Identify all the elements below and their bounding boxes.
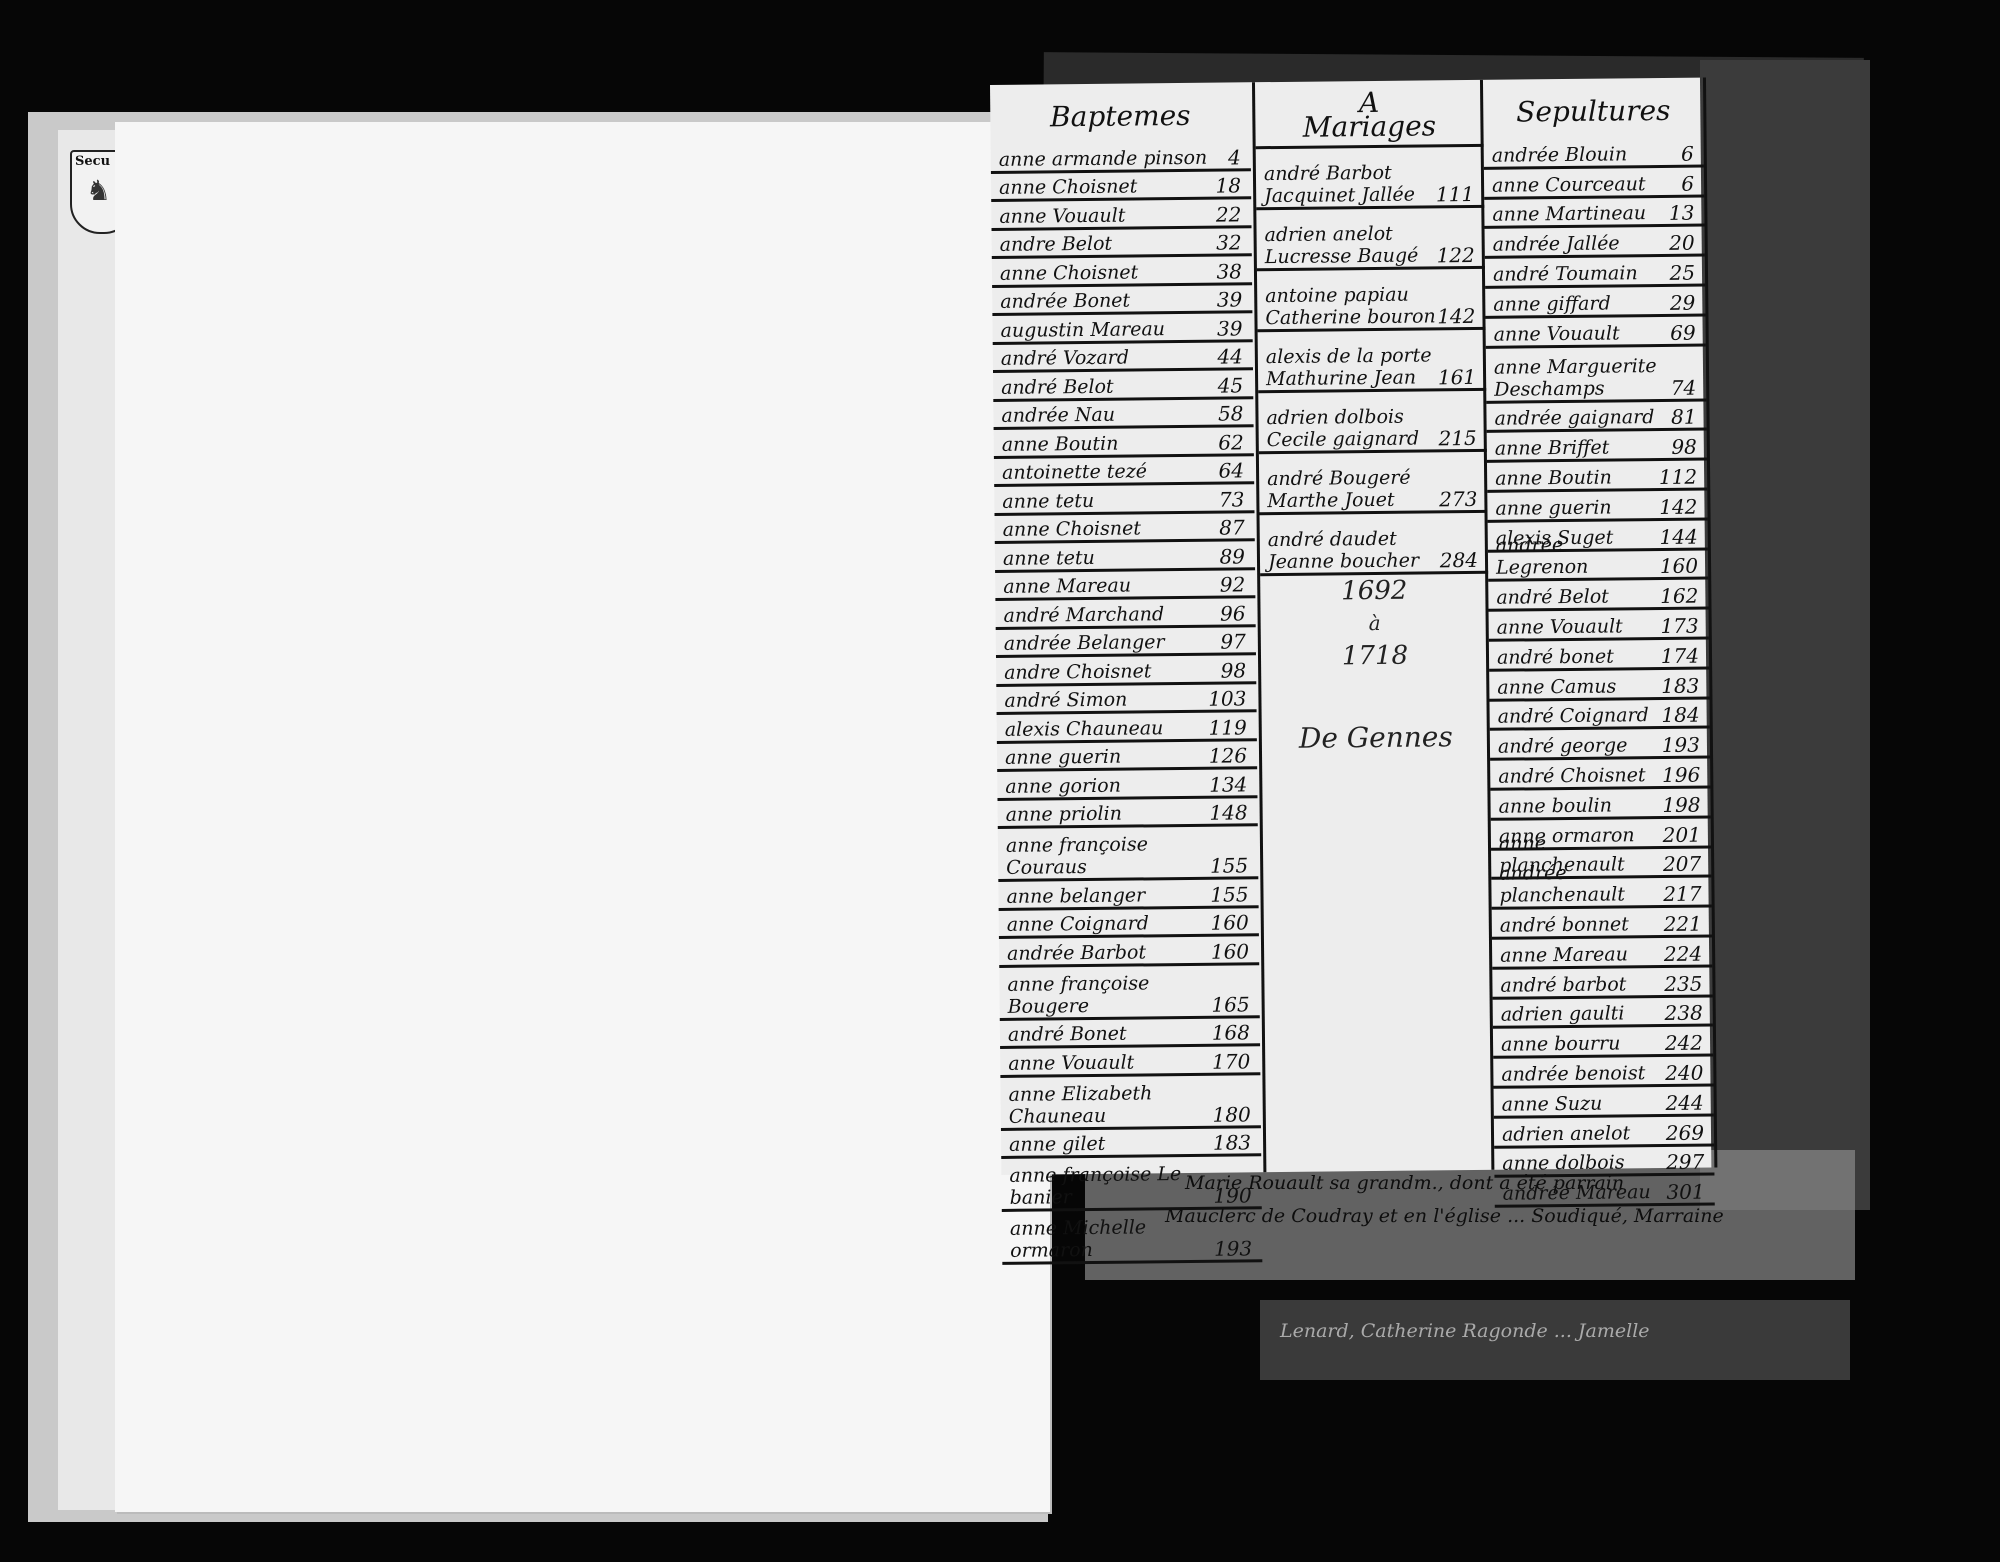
entry-name: andrée benoist [1501, 1062, 1645, 1086]
register-entry: anne françoise Bougere165 [999, 965, 1260, 1021]
entry-page-number: 134 [1209, 773, 1247, 795]
entry-page-number: 168 [1212, 1021, 1250, 1043]
entry-name: anne gilet [1009, 1133, 1106, 1156]
entry-page-number: 244 [1665, 1091, 1703, 1113]
entry-name: andrée Belanger [1004, 631, 1165, 655]
register-entry: andrée Bonet39 [992, 285, 1252, 316]
entry-page-number: 64 [1218, 459, 1244, 481]
entry-name: anne Coignard [1007, 912, 1149, 935]
register-entry: anne Martineau13 [1484, 197, 1704, 229]
entry-page-number: 242 [1665, 1032, 1703, 1054]
register-entry: anne Boutin112 [1487, 461, 1707, 493]
entry-page-number: 38 [1216, 260, 1242, 282]
groom-name: andré Bougeré [1267, 467, 1411, 491]
entry-name: andré Vozard [1001, 347, 1129, 370]
register-entry: andrée Mareau301 [1494, 1176, 1714, 1208]
entry-name: andrée Blouin [1492, 143, 1628, 166]
entry-name: anne boulin [1498, 794, 1612, 817]
entry-page-number: 207 [1663, 853, 1701, 875]
signature: De Gennes [1262, 720, 1490, 755]
entry-page-number: 160 [1660, 555, 1698, 577]
entry-name: anne Vouault [999, 204, 1125, 227]
register-entry: anne tetu89 [995, 541, 1255, 572]
register-entry: anne bourru242 [1493, 1027, 1713, 1059]
entry-name: andre Belot [1000, 233, 1113, 256]
mariages-list: andré BarbotJacquinet Jallée111adrien an… [1256, 144, 1488, 576]
register-entry: anne Camus183 [1489, 669, 1709, 701]
entry-page-number: 98 [1221, 659, 1247, 681]
entry-page-number: 160 [1211, 940, 1249, 962]
entry-page-number: 161 [1438, 366, 1476, 388]
entry-name: anne françoise Couraus [1006, 833, 1210, 879]
register-entry: anne françoise Couraus155 [998, 826, 1259, 882]
entry-page-number: 122 [1437, 244, 1475, 266]
entry-name: anne Mareau [1500, 943, 1628, 966]
register-entry: anne françoise Le banier190 [1001, 1156, 1262, 1212]
register-entry: andrée Jallée20 [1485, 227, 1705, 259]
entry-page-number: 144 [1659, 525, 1697, 547]
register-entry: andré bonet174 [1489, 639, 1709, 671]
register-entry: andré barbot235 [1492, 967, 1712, 999]
entry-page-number: 224 [1664, 942, 1702, 964]
entry-page-number: 4 [1228, 146, 1241, 168]
register-entry: anne Suzu244 [1494, 1086, 1714, 1118]
entry-page-number: 301 [1666, 1181, 1704, 1203]
entry-page-number: 165 [1211, 993, 1249, 1015]
entry-page-number: 190 [1213, 1184, 1251, 1206]
register-entry: andrée Legrenon160 [1488, 550, 1708, 582]
entry-name: anne Marguerite Deschamps [1494, 354, 1671, 400]
register-entry: anne Choisnet87 [995, 513, 1255, 544]
baptemes-title: Baptemes [990, 98, 1250, 145]
groom-name: adrien anelot [1264, 223, 1418, 247]
entry-page-number: 221 [1664, 913, 1702, 935]
register-entry: andré Belot45 [993, 370, 1253, 401]
entry-name: adrien dolboisCecile gaignard [1266, 406, 1419, 452]
entry-name: andré daudetJeanne boucher [1268, 528, 1419, 574]
entry-name: adrien anelot [1502, 1122, 1630, 1145]
entry-name: adrien anelotLucresse Baugé [1264, 223, 1418, 269]
entry-page-number: 162 [1660, 585, 1698, 607]
entry-page-number: 215 [1438, 427, 1476, 449]
entry-page-number: 180 [1212, 1103, 1250, 1125]
register-entry: andrée Nau58 [993, 399, 1253, 430]
register-entry: andrée planchenault217 [1491, 878, 1711, 910]
entry-page-number: 25 [1669, 262, 1695, 284]
underlying-page-lower: Lenard, Catherine Ragonde ... Jamelle [1260, 1300, 1850, 1380]
entry-name: anne Michelle ormaron [1010, 1216, 1214, 1262]
entry-page-number: 69 [1670, 321, 1696, 343]
entry-name: andré BougeréMarthe Jouet [1267, 467, 1411, 512]
entry-page-number: 97 [1220, 630, 1246, 652]
entry-page-number: 32 [1216, 231, 1242, 253]
entry-name: anne Mareau [1003, 575, 1131, 598]
entry-name: augustin Mareau [1000, 318, 1165, 342]
entry-name: anne Briffet [1495, 437, 1610, 460]
entry-page-number: 29 [1670, 291, 1696, 313]
entry-name: alexis Chauneau [1005, 717, 1164, 741]
register-entry: augustin Mareau39 [992, 313, 1252, 344]
year-separator: à [1261, 610, 1489, 636]
entry-page-number: 58 [1218, 402, 1244, 424]
entry-page-number: 297 [1666, 1151, 1704, 1173]
year-from: 1692 [1260, 575, 1488, 607]
entry-name: anne Choisnet [999, 175, 1137, 198]
entry-page-number: 142 [1437, 305, 1475, 327]
entry-name: andrée Jallée [1493, 233, 1620, 256]
register-entry: anne Vouault69 [1485, 316, 1705, 348]
entry-name: anne Vouault [1497, 615, 1623, 638]
entry-name: andré Belot [1001, 375, 1114, 398]
entry-name: andrée Nau [1001, 404, 1115, 427]
register-entry: andré daudetJeanne boucher284 [1260, 513, 1489, 576]
register-entry: adrien anelotLucresse Baugé122 [1256, 208, 1485, 271]
entry-page-number: 44 [1217, 345, 1243, 367]
entry-name: andrée Mareau [1503, 1181, 1651, 1205]
entry-page-number: 240 [1665, 1061, 1703, 1083]
register-entry: andré Choisnet196 [1490, 759, 1710, 791]
register-entry: andré Marchand96 [995, 598, 1255, 629]
groom-name: adrien dolbois [1266, 406, 1419, 430]
entry-name: andré Marchand [1003, 603, 1164, 627]
entry-name: andré bonet [1497, 645, 1614, 668]
bride-name: Catherine bouron [1265, 305, 1435, 329]
entry-page-number: 126 [1209, 744, 1247, 766]
register-entry: andré bonnet221 [1492, 908, 1712, 940]
heraldic-lion-icon: ♞ [86, 174, 111, 207]
register-entry: andré george193 [1490, 729, 1710, 761]
register-entry: adrien anelot269 [1494, 1116, 1714, 1148]
entry-name: anne giffard [1493, 292, 1611, 315]
sepultures-column: Sepultures andrée Blouin6anne Courceaut6… [1480, 78, 1717, 1170]
entry-name: anne Elizabeth Chauneau [1008, 1081, 1212, 1127]
entry-name: anne Boutin [1495, 466, 1612, 489]
entry-name: andre Choisnet [1004, 660, 1151, 684]
entry-page-number: 155 [1210, 883, 1248, 905]
register-entry: andrée Blouin6 [1484, 138, 1704, 170]
entry-name: andrée planchenault [1499, 861, 1663, 907]
entry-page-number: 39 [1217, 317, 1243, 339]
entry-name: anne tetu [1003, 546, 1095, 569]
entry-page-number: 148 [1209, 801, 1247, 823]
entry-page-number: 6 [1681, 142, 1694, 164]
entry-name: andré Belot [1496, 586, 1609, 609]
register-entry: andrée benoist240 [1493, 1057, 1713, 1089]
register-entry: anne Vouault173 [1489, 610, 1709, 642]
groom-name: andré daudet [1268, 528, 1419, 552]
entry-name: anne priolin [1006, 803, 1122, 826]
entry-name: anne belanger [1006, 884, 1145, 907]
sepultures-title: Sepultures [1483, 94, 1703, 140]
bride-name: Mathurine Jean [1266, 366, 1432, 390]
register-entry: anne Vouault170 [1000, 1046, 1260, 1077]
register-entry: anne dolbois297 [1494, 1146, 1714, 1178]
bride-name: Jacquinet Jallée [1264, 184, 1415, 208]
register-entry: anne Marguerite Deschamps74 [1486, 346, 1707, 403]
entry-name: adrien gaulti [1501, 1003, 1625, 1026]
entry-name: andré bonnet [1500, 913, 1629, 936]
entry-name: antoine papiauCatherine bouron [1265, 283, 1436, 329]
entry-name: anne Suzu [1502, 1092, 1603, 1115]
entry-page-number: 119 [1208, 716, 1246, 738]
entry-page-number: 96 [1220, 602, 1246, 624]
entry-page-number: 92 [1220, 573, 1246, 595]
mariages-column: A Mariages andré BarbotJacquinet Jallée1… [1252, 80, 1494, 1172]
entry-page-number: 6 [1681, 172, 1694, 194]
entry-page-number: 112 [1659, 466, 1697, 488]
register-entry: anne Choisnet38 [992, 256, 1252, 287]
entry-page-number: 273 [1439, 488, 1477, 510]
entry-name: andré Toumain [1493, 262, 1638, 286]
entry-name: andrée gaignard [1494, 406, 1654, 430]
register-entry: anne Michelle ormaron193 [1002, 1209, 1263, 1265]
register-entry: anne Elizabeth Chauneau180 [1000, 1075, 1261, 1131]
entry-name: anne tetu [1002, 489, 1094, 512]
register-entry: andré Simon103 [996, 684, 1256, 715]
entry-name: anne Camus [1497, 675, 1616, 698]
entry-page-number: 103 [1208, 687, 1246, 709]
register-entry: anne Coignard160 [999, 908, 1259, 939]
entry-page-number: 20 [1669, 232, 1695, 254]
register-entry: andré Belot162 [1488, 580, 1708, 612]
bride-name: Cecile gaignard [1267, 428, 1420, 452]
register-entry: anne Mareau224 [1492, 937, 1712, 969]
entry-page-number: 73 [1219, 488, 1245, 510]
entry-page-number: 269 [1666, 1121, 1704, 1143]
entry-name: anne gorion [1005, 774, 1121, 797]
entry-name: anne françoise Bougere [1007, 971, 1211, 1017]
register-entry: andrée Belanger97 [996, 627, 1256, 658]
register-entry: anne tetu73 [994, 484, 1254, 515]
bride-name: Marthe Jouet [1267, 489, 1411, 513]
register-entry: adrien gaulti238 [1493, 997, 1713, 1029]
underlying-text-line3: Lenard, Catherine Ragonde ... Jamelle [1280, 1320, 1650, 1342]
register-entry: anne Courceaut6 [1484, 167, 1704, 199]
entry-page-number: 193 [1214, 1237, 1252, 1259]
register-entry: andre Belot32 [992, 228, 1252, 259]
stamp-text: Secu [75, 154, 110, 169]
entry-page-number: 160 [1210, 911, 1248, 933]
entry-page-number: 201 [1663, 823, 1701, 845]
bride-name: Lucresse Baugé [1265, 245, 1419, 269]
entry-page-number: 89 [1219, 545, 1245, 567]
register-entry: andré Coignard184 [1489, 699, 1709, 731]
groom-name: alexis de la porte [1266, 344, 1432, 368]
register-entry: anne gilet183 [1001, 1128, 1261, 1159]
register-entry: alexis de la porteMathurine Jean161 [1258, 330, 1487, 393]
register-entry: anne giffard29 [1485, 287, 1705, 319]
register-entry: antoinette tezé64 [994, 456, 1254, 487]
entry-page-number: 170 [1212, 1050, 1250, 1072]
mariages-header: A Mariages [1255, 90, 1483, 140]
entry-page-number: 155 [1210, 854, 1248, 876]
entry-name: andré Choisnet [1498, 764, 1645, 788]
entry-name: anne Choisnet [1000, 261, 1138, 284]
entry-page-number: 98 [1671, 436, 1697, 458]
entry-name: anne Courceaut [1492, 173, 1646, 197]
entry-page-number: 198 [1662, 793, 1700, 815]
entry-page-number: 217 [1663, 883, 1701, 905]
entry-name: andré george [1498, 735, 1628, 758]
register-entry: alexis Chauneau119 [997, 712, 1257, 743]
entry-name: anne Choisnet [1003, 517, 1141, 540]
entry-page-number: 183 [1661, 674, 1699, 696]
entry-name: anne Boutin [1002, 432, 1119, 455]
register-entry: anne armande pinson4 [991, 142, 1251, 173]
register-entry: andre Choisnet98 [996, 655, 1256, 686]
entry-name: anne guerin [1495, 496, 1611, 519]
entry-page-number: 39 [1217, 288, 1243, 310]
entry-name: andré Simon [1004, 689, 1127, 712]
register-entry: andrée Barbot160 [999, 936, 1259, 967]
entry-page-number: 142 [1659, 495, 1697, 517]
entry-name: andré Coignard [1498, 704, 1649, 728]
entry-page-number: 184 [1661, 704, 1699, 726]
entry-page-number: 13 [1669, 202, 1695, 224]
entry-page-number: 174 [1661, 644, 1699, 666]
groom-name: andré Barbot [1264, 162, 1415, 186]
entry-name: anne Vouault [1494, 322, 1620, 345]
entry-page-number: 173 [1660, 615, 1698, 637]
register-entry: anne Choisnet18 [991, 171, 1251, 202]
register-entry: anne belanger155 [998, 879, 1258, 910]
entry-name: anne armande pinson [999, 146, 1208, 170]
year-to: 1718 [1261, 640, 1489, 672]
sepultures-list: andrée Blouin6anne Courceaut6anne Martin… [1484, 138, 1715, 1208]
groom-name: antoine papiau [1265, 283, 1435, 307]
entry-page-number: 81 [1671, 406, 1697, 428]
register-entry: andré Bonet168 [1000, 1018, 1260, 1049]
entry-page-number: 45 [1218, 374, 1244, 396]
register-entry: andré Toumain25 [1485, 257, 1705, 289]
mariages-title: Mariages [1255, 114, 1483, 140]
entry-name: alexis de la porteMathurine Jean [1266, 344, 1432, 390]
entry-page-number: 284 [1440, 549, 1478, 571]
register-entry: andré BarbotJacquinet Jallée111 [1256, 147, 1485, 210]
entry-name: andré BarbotJacquinet Jallée [1264, 162, 1415, 208]
entry-page-number: 74 [1671, 376, 1697, 398]
entry-page-number: 87 [1219, 516, 1245, 538]
entry-name: andré barbot [1500, 973, 1626, 996]
register-entry: anne guerin126 [997, 741, 1257, 772]
register-entry: anne Mareau92 [995, 570, 1255, 601]
register-entry: adrien dolboisCecile gaignard215 [1258, 391, 1487, 454]
register-entry: andrée gaignard81 [1486, 401, 1706, 433]
entry-name: andré Bonet [1008, 1023, 1127, 1046]
entry-name: andrée Legrenon [1496, 533, 1660, 579]
register-entry: anne Boutin62 [994, 427, 1254, 458]
register-entry: antoine papiauCatherine bouron142 [1257, 269, 1486, 332]
entry-name: andrée Bonet [1000, 290, 1130, 313]
entry-name: anne guerin [1005, 746, 1121, 769]
entry-page-number: 62 [1218, 431, 1244, 453]
register-entry: anne Vouault22 [991, 199, 1251, 230]
register-entry: anne priolin148 [997, 798, 1257, 829]
register-entry: anne guerin142 [1487, 490, 1707, 522]
entry-page-number: 183 [1213, 1131, 1251, 1153]
register-entry: anne gorion134 [997, 769, 1257, 800]
background-book-edge [1700, 60, 1870, 1210]
blank-sheet [115, 122, 1050, 1512]
register-entry: andré BougeréMarthe Jouet273 [1259, 452, 1488, 515]
entry-page-number: 111 [1436, 183, 1474, 205]
baptemes-list: anne armande pinson4anne Choisnet18anne … [991, 142, 1263, 1265]
parish-register-index: Baptemes anne armande pinson4anne Choisn… [990, 78, 1711, 1175]
entry-page-number: 18 [1215, 174, 1241, 196]
entry-name: anne Vouault [1008, 1051, 1134, 1074]
entry-page-number: 22 [1216, 203, 1242, 225]
entry-name: anne dolbois [1502, 1152, 1624, 1175]
baptemes-column: Baptemes anne armande pinson4anne Choisn… [990, 82, 1261, 1175]
register-entry: anne Briffet98 [1487, 431, 1707, 463]
register-entry: andré Vozard44 [993, 342, 1253, 373]
entry-page-number: 196 [1662, 764, 1700, 786]
entry-name: anne bourru [1501, 1033, 1621, 1056]
entry-page-number: 238 [1664, 1002, 1702, 1024]
register-entry: anne boulin198 [1490, 788, 1710, 820]
entry-name: anne françoise Le banier [1009, 1163, 1213, 1209]
entry-name: anne Martineau [1492, 203, 1646, 227]
entry-page-number: 193 [1662, 734, 1700, 756]
entry-name: antoinette tezé [1002, 460, 1147, 484]
entry-name: andrée Barbot [1007, 941, 1146, 964]
entry-page-number: 235 [1664, 972, 1702, 994]
bride-name: Jeanne boucher [1268, 550, 1419, 574]
